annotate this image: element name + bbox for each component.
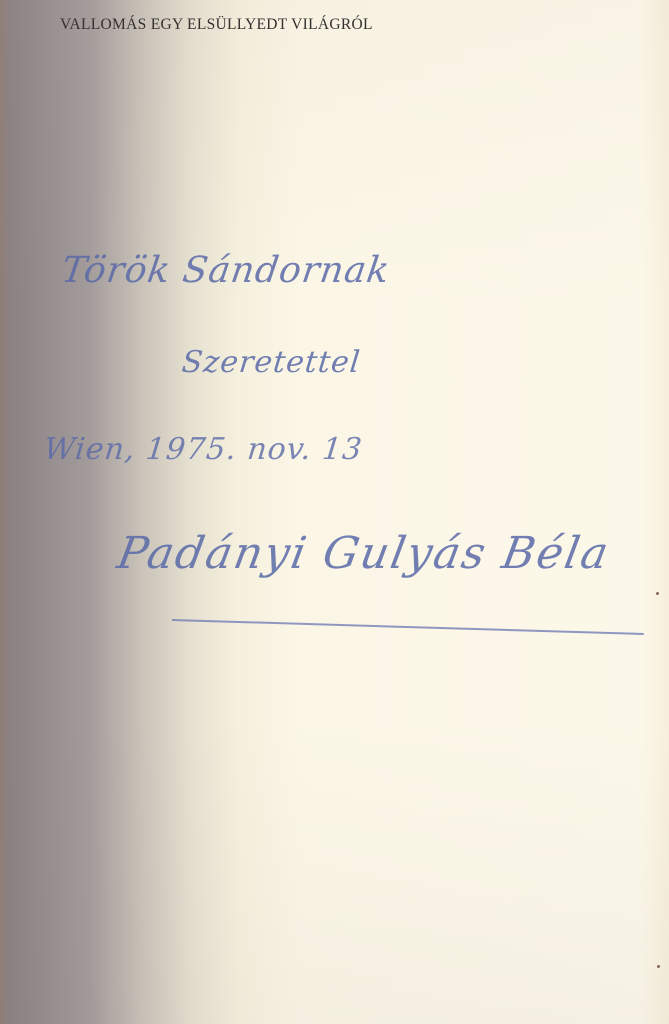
author-signature: Padányi Gulyás Béla — [114, 528, 614, 579]
dedication-greeting: Szeretettel — [180, 345, 362, 380]
dedication-place-date: Wien, 1975. nov. 13 — [42, 432, 364, 467]
dedication-recipient: Török Sándornak — [59, 250, 392, 291]
signature-underline — [172, 619, 644, 635]
book-page: VALLOMÁS EGY ELSÜLLYEDT VILÁGRÓL Török S… — [0, 0, 669, 1024]
paper-speck — [656, 592, 659, 595]
running-head: VALLOMÁS EGY ELSÜLLYEDT VILÁGRÓL — [60, 16, 373, 34]
paper-speck — [657, 965, 660, 968]
